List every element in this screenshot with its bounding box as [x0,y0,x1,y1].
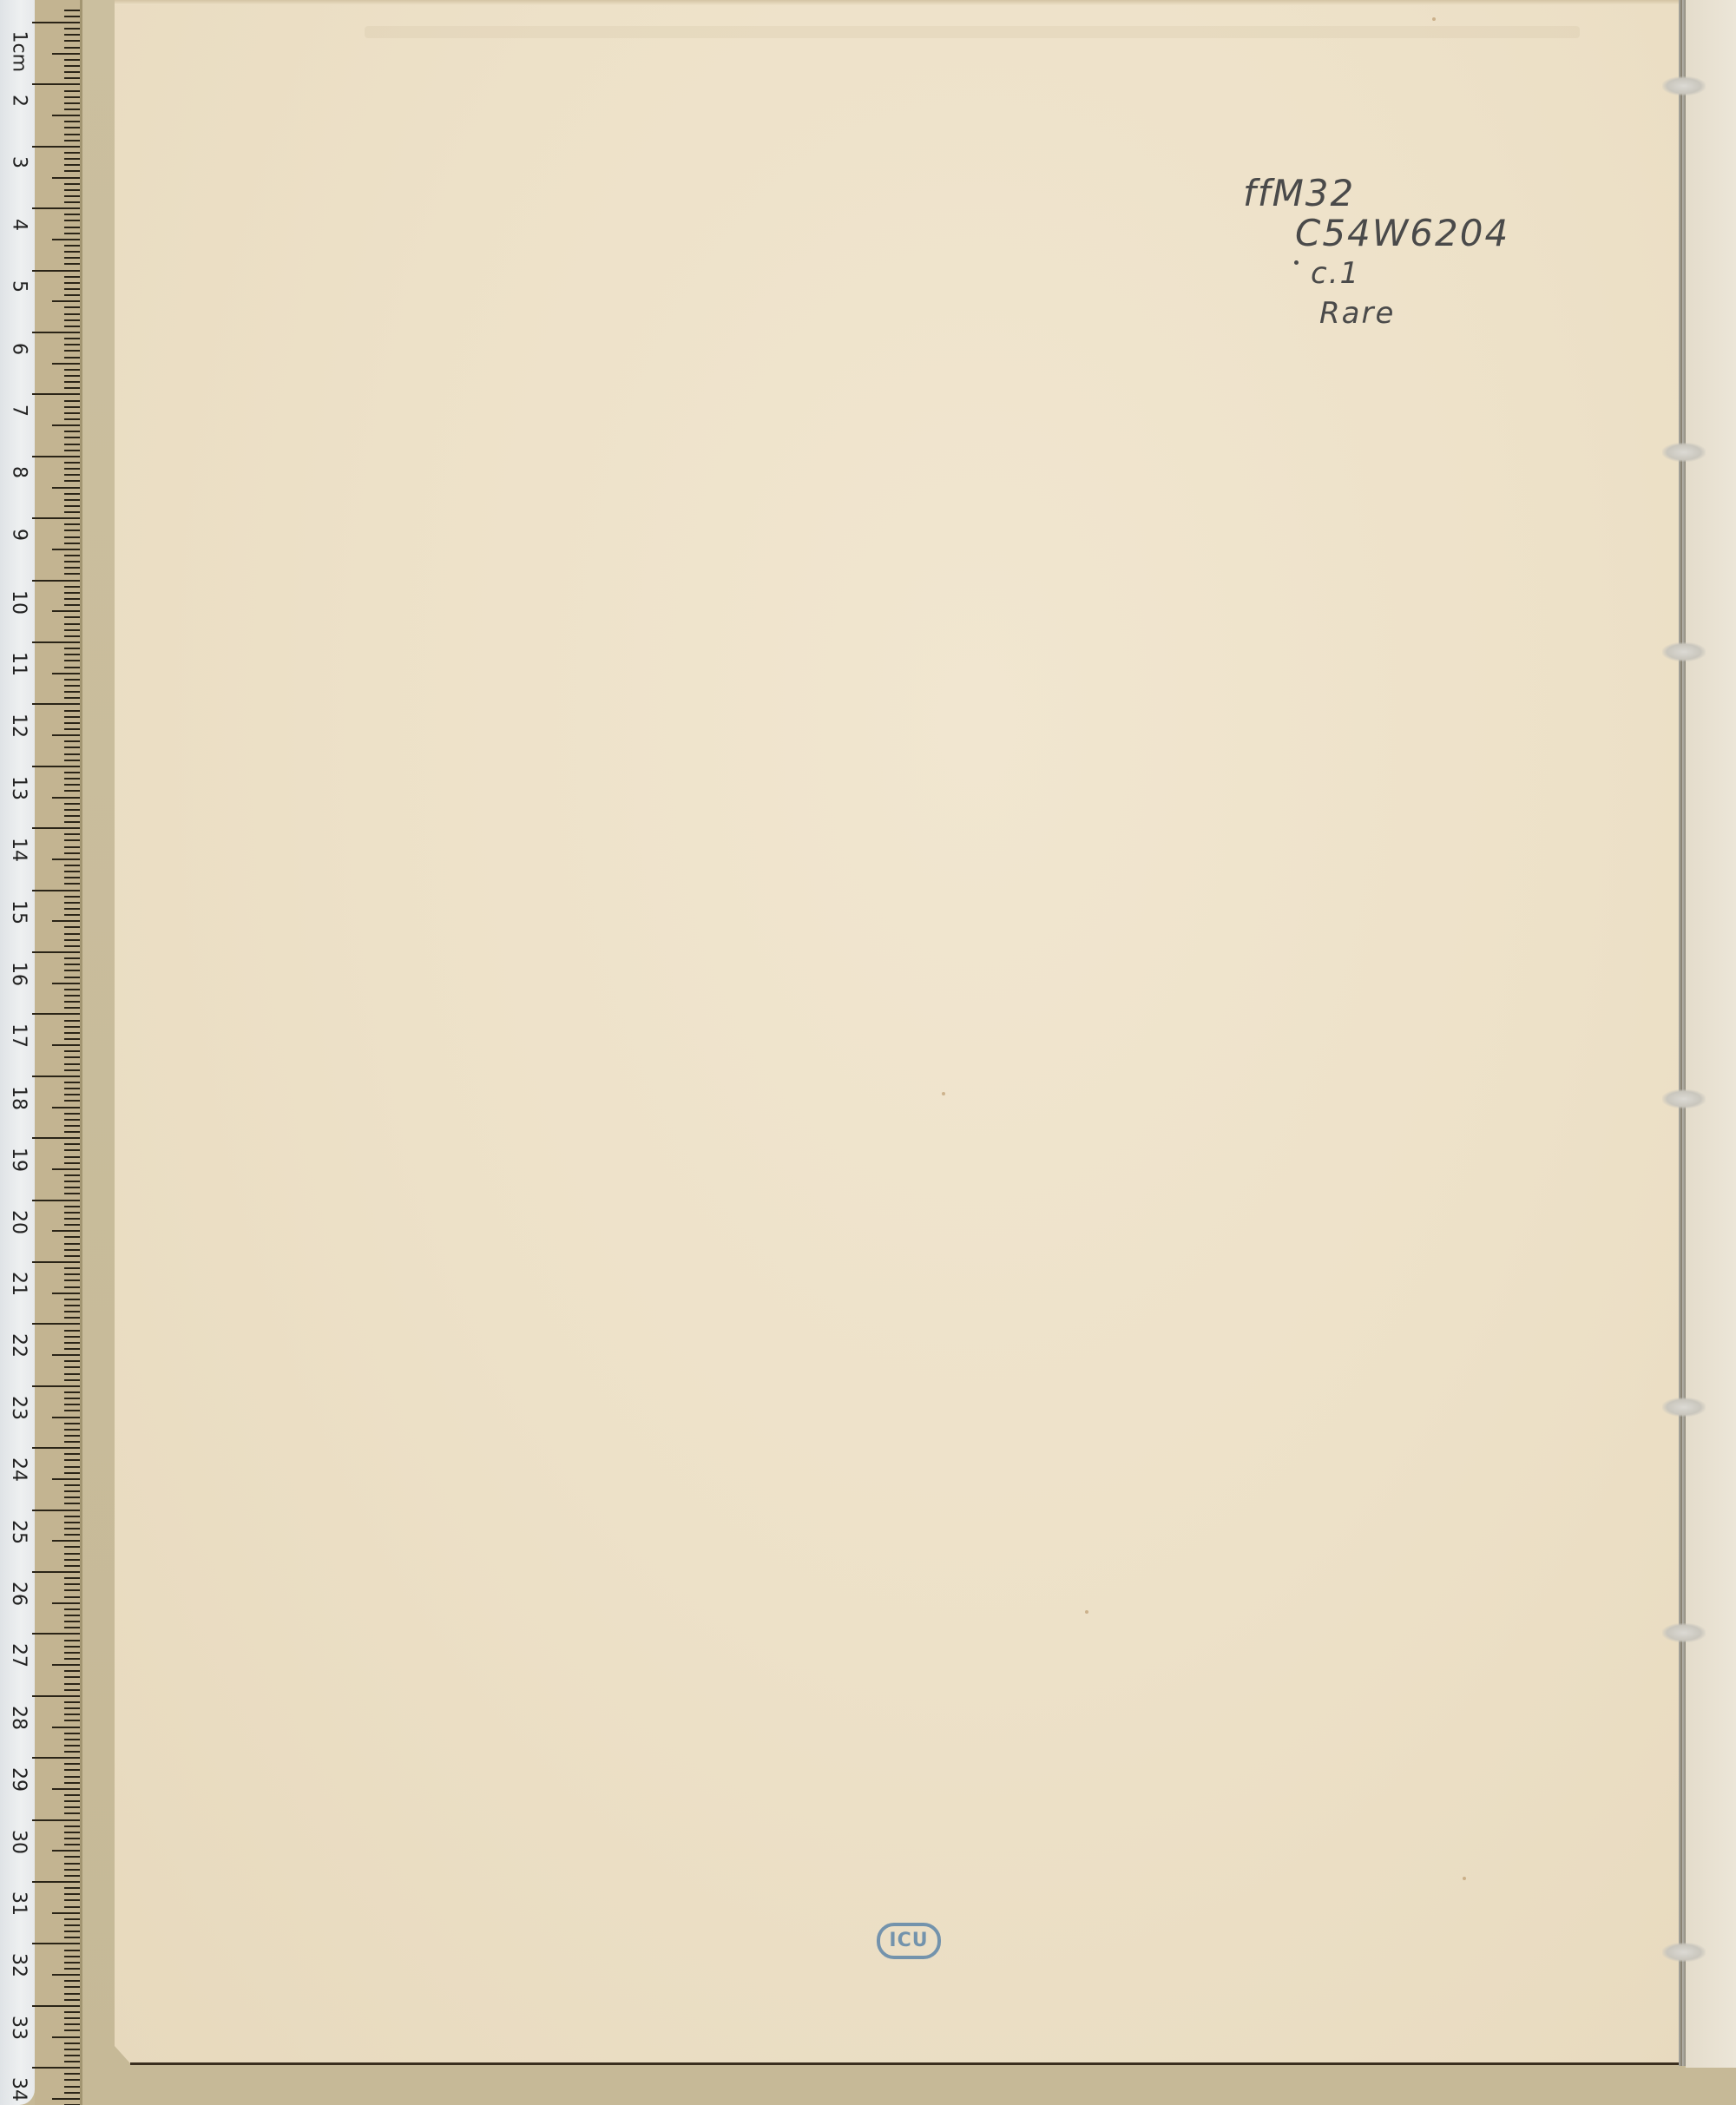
ruler-mm-tick [64,1962,80,1964]
ruler-cm-label: 31 [7,1890,30,1918]
ruler-mm-tick [64,1751,80,1753]
ruler-mm-tick [64,784,80,786]
ruler-mm-tick [64,567,80,569]
ruler-mm-tick [64,977,80,978]
ruler-mm-tick [64,740,80,742]
ruler-mm-tick [64,939,80,941]
ruler-cm-tick [32,641,80,643]
ruler-mm-tick [64,306,80,308]
call-number-line-2: C54W6204 [1295,214,1555,253]
ruler-cm-tick [32,393,80,395]
ruler-mm-tick [64,1193,80,1194]
ruler-mm-tick [64,1806,80,1808]
ruler-mm-tick [64,313,80,315]
ruler-mm-tick [64,1020,80,1022]
ruler-mm-tick [64,1379,80,1381]
ruler-mm-tick [64,1273,80,1275]
ruler-mm-tick [64,623,80,625]
ruler-mm-tick [64,1832,80,1833]
ruler-cm-label: 29 [7,1766,30,1793]
ruler-mm-tick [64,418,80,420]
ruler-mm-tick [64,1559,80,1561]
ruler-mm-tick [52,1354,80,1356]
ruler-mm-tick [64,444,80,445]
ruler-mm-tick [52,1540,80,1542]
ruler-mm-tick [52,2036,80,2038]
ruler-mm-tick [52,920,80,922]
ruler-mm-tick [64,40,80,42]
ruler-mm-tick [64,648,80,649]
ruler-mm-tick [64,2017,80,2019]
ruler-cm-tick [32,2005,80,2007]
ruler-cm-label: 9 [7,527,30,543]
ruler-cm-label: 6 [7,341,30,358]
pencil-call-number: ffM32 C54W6204 c.1 Rare [1243,174,1555,333]
ruler-mm-tick [64,833,80,835]
ruler-mm-tick [64,1739,80,1740]
ruler-mm-tick [64,1453,80,1455]
ruler-mm-tick [64,1931,80,1932]
ruler-mm-tick [52,549,80,550]
ruler-mm-tick [64,1615,80,1616]
ruler-cm-tick [32,517,80,519]
ruler-mm-tick [64,1707,80,1709]
ruler-mm-tick [64,902,80,904]
ruler-mm-tick [64,152,80,154]
binding-stitch [1662,642,1706,661]
collection-note: Rare [1319,293,1555,333]
ruler-cm-label: 28 [7,1704,30,1732]
ruler-cm-label: 7 [7,403,30,419]
ruler-cm-label: 12 [7,712,30,740]
ruler-mm-tick [64,189,80,191]
ruler-mm-tick [64,654,80,655]
ruler-mm-tick [64,760,80,761]
ruler-mm-tick [64,1249,80,1251]
ruler-mm-tick [64,685,80,687]
ruler-cm-label: 10 [7,589,30,616]
ruler-mm-tick [64,412,80,414]
ruler-mm-tick [52,53,80,55]
ruler-mm-tick [64,127,80,128]
ruler-mm-tick [64,1950,80,1951]
ruler-mm-tick [52,239,80,240]
ruler-mm-tick [64,400,80,402]
ruler-mm-tick [64,604,80,606]
ruler-mm-tick [64,1435,80,1437]
ruler-mm-tick [64,1063,80,1065]
ruler-mm-tick [64,679,80,681]
ruler-mm-tick [64,158,80,160]
ruler-mm-tick [64,1311,80,1312]
ruler-cm-tick [32,1510,80,1511]
ruler-mm-tick [64,667,80,668]
ruler-mm-tick [64,710,80,712]
ruler-mm-tick [64,616,80,618]
ruler-mm-tick [64,282,80,284]
ruler-mm-tick [64,1305,80,1306]
ruler-mm-tick [64,2073,80,2075]
ruler-mm-tick [64,1893,80,1895]
ruler-mm-tick [64,1100,80,1102]
ruler-mm-tick [64,2055,80,2056]
ruler-mm-tick [64,2092,80,2094]
ruler-cm-label: 23 [7,1394,30,1422]
ruler-mm-tick [52,1417,80,1418]
ruler-mm-tick [64,1484,80,1486]
ruler-mm-tick [64,1069,80,1071]
ruler-mm-tick [64,1720,80,1721]
ruler-mm-tick [52,734,80,736]
ruler-mm-tick [64,1429,80,1431]
ruler-cm-tick [32,1013,80,1015]
ruler-cm-tick [32,827,80,829]
ruler-mm-tick [64,1032,80,1034]
ruler-mm-tick [52,1230,80,1232]
ruler-mm-tick [64,1546,80,1548]
ruler-mm-tick [52,610,80,612]
ruler-mm-tick [64,1026,80,1028]
ruler-mm-tick [64,2023,80,2025]
ruler-mm-tick [64,170,80,172]
ruler-cm-tick [32,1200,80,1201]
ruler-mm-tick [64,77,80,79]
ruler-mm-tick [64,1683,80,1685]
ruler-cm-tick [32,703,80,705]
ruler-mm-tick [64,1466,80,1468]
ruler-mm-tick [64,1733,80,1734]
ruler-mm-tick [64,1714,80,1715]
ruler-cm-label: 2 [7,93,30,109]
ruler-mm-tick [64,2049,80,2050]
ruler-mm-tick [64,1986,80,1988]
binding-thread [1680,0,1682,2066]
ruler-cm-label: 34 [7,2075,30,2103]
ruler-mm-tick [64,1999,80,2001]
ruler-cm-tick [32,1757,80,1759]
paper-speck [1085,1610,1088,1614]
ruler-mm-tick [64,1187,80,1188]
ruler-cm-label: 18 [7,1084,30,1112]
ruler-mm-tick [64,1082,80,1083]
ruler-mm-tick [64,251,80,253]
ruler-cm-label: 27 [7,1641,30,1669]
library-stamp: ICU [877,1923,941,1959]
ruler-mm-tick [64,480,80,482]
ruler-mm-tick [64,121,80,122]
ruler-cm-tick [32,1447,80,1449]
ruler-cm-label: 13 [7,774,30,802]
ruler-mm-tick [64,561,80,562]
ruler-mm-tick [64,1113,80,1115]
copy-number: c.1 [1311,253,1555,293]
ruler-mm-tick [64,1255,80,1257]
ruler-mm-tick [64,1149,80,1151]
ruler-cm-tick [32,1323,80,1325]
ruler-cm-label: 14 [7,836,30,864]
ruler-cm-tick [32,207,80,209]
ruler-cm-tick [32,83,80,85]
ruler-mm-tick [64,821,80,823]
paper-speck [1432,17,1436,21]
ruler-cm-label: 15 [7,898,30,926]
ruler-mm-tick [64,1640,80,1641]
ruler-mm-tick [64,1838,80,1839]
ruler-mm-tick [64,263,80,265]
ruler-mm-tick [64,90,80,92]
ruler-cm-label: 30 [7,1828,30,1856]
ruler-cm-tick [32,1943,80,1944]
ruler-mm-tick [64,1342,80,1344]
ruler-mm-tick [64,276,80,278]
ruler-mm-tick [64,839,80,841]
binding-stitch [1662,443,1706,462]
ruler-mm-tick [64,1794,80,1796]
ruler-mm-tick [64,747,80,748]
ruler-mm-tick [64,1516,80,1517]
ruler-cm-tick [32,146,80,148]
ruler-mm-tick [64,523,80,525]
ruler-mm-tick [52,1912,80,1914]
ruler-mm-tick [52,1974,80,1976]
ruler-mm-tick [64,1608,80,1610]
ruler-mm-tick [64,195,80,197]
ruler-cm-label: 25 [7,1518,30,1546]
ruler-mm-tick [64,530,80,531]
ruler-mm-tick [52,487,80,489]
ruler-mm-tick [64,338,80,339]
ruler-mm-tick [64,34,80,36]
ruler-mm-tick [64,1279,80,1281]
ruler-mm-tick [64,1423,80,1424]
ruler-cm-tick [32,1261,80,1263]
ruler-mm-tick [64,10,80,11]
ruler-mm-tick [64,357,80,359]
ruler-mm-tick [64,1937,80,1938]
ruler-mm-tick [64,1968,80,1970]
ruler-mm-tick [64,772,80,773]
ruler-mm-tick [64,586,80,588]
ruler-mm-tick [64,28,80,30]
ruler-mm-tick [64,815,80,817]
ruler-mm-tick [64,1782,80,1784]
ruler-mm-tick [64,1441,80,1443]
ruler-cm-label: 5 [7,279,30,295]
ruler-mm-tick [52,1293,80,1294]
ruler-mm-tick [64,1007,80,1009]
ruler-mm-tick [64,2061,80,2062]
ruler-cm-tick [32,951,80,953]
ruler-mm-tick [64,1236,80,1238]
ruler-mm-tick [64,1336,80,1338]
ruler-mm-tick [64,1522,80,1523]
ruler-cm-tick [32,332,80,333]
ruler-mm-tick [64,1565,80,1567]
ruler-mm-tick [64,871,80,872]
ruler-mm-tick [52,424,80,426]
ruler-mm-tick [64,1299,80,1300]
ruler-mm-tick [64,2086,80,2088]
ruler-cm-tick [32,766,80,767]
ruler-mm-tick [64,926,80,928]
binding-stitch [1662,1943,1706,1962]
ruler-mm-tick [64,778,80,780]
ruler-mm-tick [64,2079,80,2081]
ruler-mm-tick [64,109,80,110]
ruler-mm-tick [64,214,80,215]
ruler-mm-tick [64,722,80,724]
ruler-mm-tick [64,437,80,438]
ruler-mm-tick [64,803,80,805]
ruler-mm-tick [64,691,80,693]
ruler-mm-tick [52,1602,80,1604]
ruler-cm-tick [32,1695,80,1697]
ruler-mm-tick [64,790,80,792]
ruler-mm-tick [64,406,80,408]
ruler-mm-tick [52,1107,80,1108]
ruler-mm-tick [64,957,80,959]
ruler-mm-tick [64,245,80,247]
ruler-mm-tick [64,1410,80,1411]
ruler-mm-tick [64,1001,80,1003]
ruler-mm-tick [64,629,80,631]
ruler-cm-tick [32,580,80,582]
ruler-mm-tick [64,1317,80,1319]
ruler-cm-label: 22 [7,1332,30,1359]
ruler-cm-label: 8 [7,464,30,481]
ruler-mm-tick [64,71,80,73]
ruler-mm-tick [64,1373,80,1375]
ruler-mm-tick [64,375,80,377]
ruler-mm-tick [52,1168,80,1170]
ruler-mm-tick [64,914,80,916]
ruler-mm-tick [52,1664,80,1666]
ruler-mm-tick [64,1776,80,1778]
page-bottom-edge [130,2062,1682,2065]
ruler-mm-tick [64,896,80,898]
ruler-mm-tick [64,1956,80,1957]
ruler-mm-tick [52,300,80,302]
ruler-mm-tick [64,1621,80,1622]
ruler-mm-tick [64,1391,80,1393]
ruler-mm-tick [64,635,80,637]
ruler-mm-tick [64,1689,80,1691]
ruler-mm-tick [64,1267,80,1269]
ruler-mm-tick [52,115,80,116]
ruler-mm-tick [64,1887,80,1889]
ruler-mm-tick [64,1094,80,1095]
binding-stitch [1662,76,1706,95]
ruler-mm-tick [64,1534,80,1536]
ruler-mm-tick [64,1906,80,1908]
ruler-mm-tick [64,2029,80,2031]
ruler-mm-tick [64,697,80,699]
pencil-dot [1294,260,1299,265]
ruler-mm-tick [64,1769,80,1771]
ruler-mm-tick [64,493,80,495]
ruler-mm-tick [64,16,80,17]
ruler-mm-tick [64,1131,80,1133]
ruler-mm-tick [64,883,80,885]
ruler-mm-tick [64,431,80,432]
ruler-mm-tick [64,1589,80,1591]
ruler-cm-label: 33 [7,2014,30,2042]
ruler-mm-tick [64,511,80,513]
ruler-mm-tick [64,1869,80,1871]
ruler-mm-tick [64,47,80,49]
ruler-edge [80,0,82,2105]
ruler-mm-tick [52,177,80,179]
binding-stitch [1662,1398,1706,1417]
ruler-mm-tick [64,1398,80,1399]
ruler-mm-tick [64,1404,80,1405]
ruler-mm-tick [64,326,80,327]
ruler-cm-label: 20 [7,1208,30,1236]
ruler-mm-tick [64,1670,80,1672]
ruler-mm-tick [64,1993,80,1995]
ruler-cm-label: 16 [7,960,30,988]
ruler-cm-tick [32,22,80,23]
ruler-mm-tick [64,1050,80,1052]
ruler-mm-tick [64,1577,80,1579]
measurement-ruler: 1cm2345678910111213141516171819202122232… [0,0,83,2105]
ruler-mm-tick [64,877,80,878]
ruler-mm-tick [64,1980,80,1982]
ruler-mm-tick [64,1360,80,1362]
ruler-mm-tick [52,858,80,860]
ruler-mm-tick [64,1038,80,1040]
ruler-cm-label: 17 [7,1022,30,1049]
ruler-cm-tick [32,1076,80,1077]
ruler-mm-tick [64,1812,80,1814]
ruler-mm-tick [64,1459,80,1461]
ruler-mm-tick [64,1701,80,1703]
ruler-mm-tick [64,598,80,600]
ruler-cm-label: 3 [7,155,30,171]
ruler-mm-tick [64,387,80,389]
ruler-mm-tick [64,1088,80,1089]
ruler-cm-tick [32,1571,80,1573]
ruler-mm-tick [64,1745,80,1746]
ruler-mm-tick [52,673,80,674]
ruler-mm-tick [64,1497,80,1498]
binding-stitch [1662,1623,1706,1642]
ruler-mm-tick [64,573,80,575]
page-top-edge [115,0,1682,5]
ruler-mm-tick [64,201,80,203]
ruler-mm-tick [64,1875,80,1877]
ruler-mm-tick [64,1503,80,1504]
ruler-cm-label: 19 [7,1146,30,1174]
ruler-cm-tick [32,1819,80,1821]
ruler-mm-tick [64,505,80,507]
ruler-cm-tick [32,2067,80,2069]
ruler-mm-tick [52,1850,80,1852]
ruler-cm-label: 24 [7,1456,30,1483]
ruler-mm-tick [52,1478,80,1480]
ruler-cm-tick [32,1633,80,1635]
ruler-mm-tick [64,1899,80,1901]
ruler-mm-tick [64,728,80,730]
ruler-mm-tick [64,995,80,997]
ruler-mm-tick [64,59,80,61]
ruler-cm-tick [32,270,80,272]
ruler-mm-tick [64,753,80,755]
ruler-mm-tick [64,140,80,141]
ruler-mm-tick [64,65,80,67]
ruler-cm-label: 26 [7,1580,30,1608]
ruler-mm-tick [64,2011,80,2013]
